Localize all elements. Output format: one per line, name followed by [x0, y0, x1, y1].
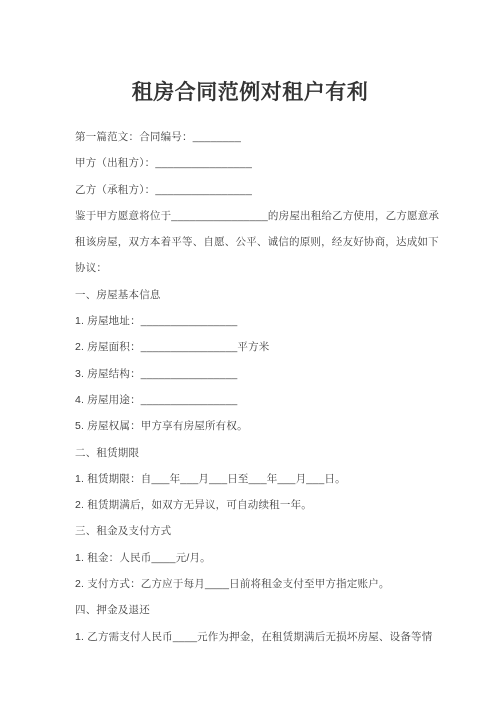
section-1-heading: 一、房屋基本信息: [75, 282, 470, 308]
contract-document-page: 租房合同范例对租户有利 第一篇范文：合同编号：________ 甲方（出租方）：…: [0, 0, 500, 707]
preamble-line-2: 租该房屋，双方本着平等、自愿、公平、诚信的原则，经友好协商，达成如下: [75, 229, 470, 255]
house-structure-line: 3. 房屋结构：________________: [75, 361, 470, 387]
section-4-heading: 四、押金及退还: [75, 597, 470, 623]
house-usage-line: 4. 房屋用途：________________: [75, 387, 470, 413]
section-2-heading: 二、租赁期限: [75, 440, 470, 466]
house-address-line: 1. 房屋地址：________________: [75, 308, 470, 334]
lease-term-line: 1. 租赁期限：自___年___月___日至___年___月___日。: [75, 466, 470, 492]
document-body: 第一篇范文：合同编号：________ 甲方（出租方）：____________…: [0, 124, 500, 650]
lease-renewal-line: 2. 租赁期满后，如双方无异议，可自动续租一年。: [75, 492, 470, 518]
preamble-line-3: 协议：: [75, 255, 470, 281]
preamble-line-1: 鉴于甲方愿意将位于________________的房屋出租给乙方使用，乙方愿意…: [75, 203, 470, 229]
contract-number-line: 第一篇范文：合同编号：________: [75, 124, 470, 150]
payment-method-line: 2. 支付方式：乙方应于每月____日前将租金支付至甲方指定账户。: [75, 571, 470, 597]
party-b-line: 乙方（承租方）：________________: [75, 177, 470, 203]
document-title: 租房合同范例对租户有利: [0, 78, 500, 108]
house-ownership-line: 5. 房屋权属：甲方享有房屋所有权。: [75, 413, 470, 439]
rent-line: 1. 租金：人民币____元/月。: [75, 545, 470, 571]
house-area-line: 2. 房屋面积：________________平方米: [75, 334, 470, 360]
section-3-heading: 三、租金及支付方式: [75, 518, 470, 544]
party-a-line: 甲方（出租方）：________________: [75, 150, 470, 176]
deposit-line: 1. 乙方需支付人民币____元作为押金，在租赁期满后无损坏房屋、设备等情: [75, 624, 470, 650]
